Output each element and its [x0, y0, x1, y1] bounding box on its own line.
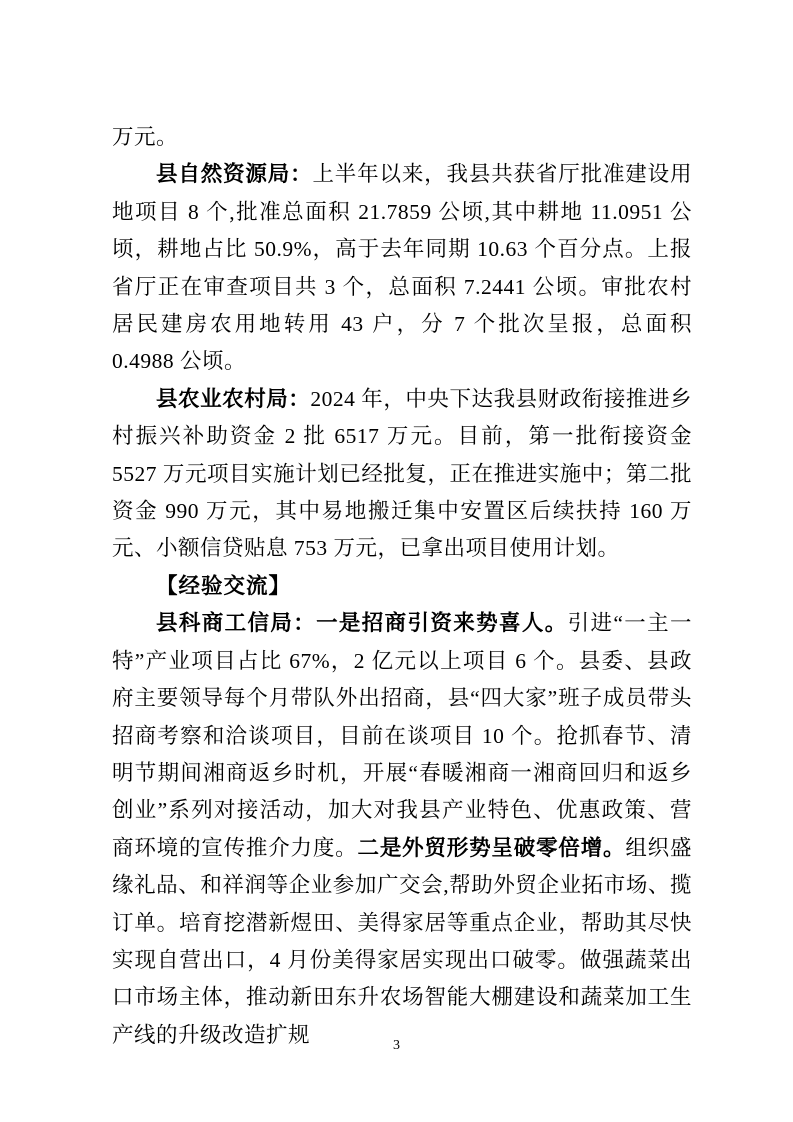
document-page: 万元。县自然资源局：上半年以来，我县共获省厅批准建设用地项目 8 个,批准总面积… [0, 0, 793, 1122]
text-run: 县科商工信局：一是招商引资来势喜人。 [156, 611, 568, 635]
text-run: 上半年以来，我县共获省厅批准建设用地项目 8 个,批准总面积 21.7859 公… [112, 162, 692, 373]
paragraph-industry-commerce-bureau: 县科商工信局：一是招商引资来势喜人。引进“一主一特”产业项目占比 67%，2 亿… [112, 605, 692, 1054]
paragraph-agriculture-rural-bureau: 县农业农村局：2024 年，中央下达我县财政衔接推进乡村振兴补助资金 2 批 6… [112, 381, 692, 568]
text-run: 二是外贸形势呈破零倍增。 [358, 836, 626, 860]
document-text-block: 万元。县自然资源局：上半年以来，我县共获省厅批准建设用地项目 8 个,批准总面积… [112, 119, 692, 1054]
page-number: 3 [393, 1038, 400, 1053]
text-run: 【经验交流】 [156, 574, 291, 598]
text-run: 县农业农村局： [156, 387, 310, 411]
text-run: 组织盛缘礼品、和祥润等企业参加广交会,帮助外贸企业拓市场、揽订单。培育挖潜新煜田… [112, 836, 692, 1047]
section-heading-experience-exchange: 【经验交流】 [112, 568, 692, 605]
text-run: 县自然资源局： [156, 162, 312, 186]
text-run: 2024 年，中央下达我县财政衔接推进乡村振兴补助资金 2 批 6517 万元。… [112, 387, 692, 561]
paragraph-continuation: 万元。 [112, 119, 692, 156]
text-run: 万元。 [112, 125, 178, 149]
text-run: 引进“一主一特”产业项目占比 67%，2 亿元以上项目 6 个。县委、县政府主要… [112, 611, 692, 859]
paragraph-natural-resources-bureau: 县自然资源局：上半年以来，我县共获省厅批准建设用地项目 8 个,批准总面积 21… [112, 156, 692, 380]
page-footer: 3 [0, 1036, 793, 1055]
